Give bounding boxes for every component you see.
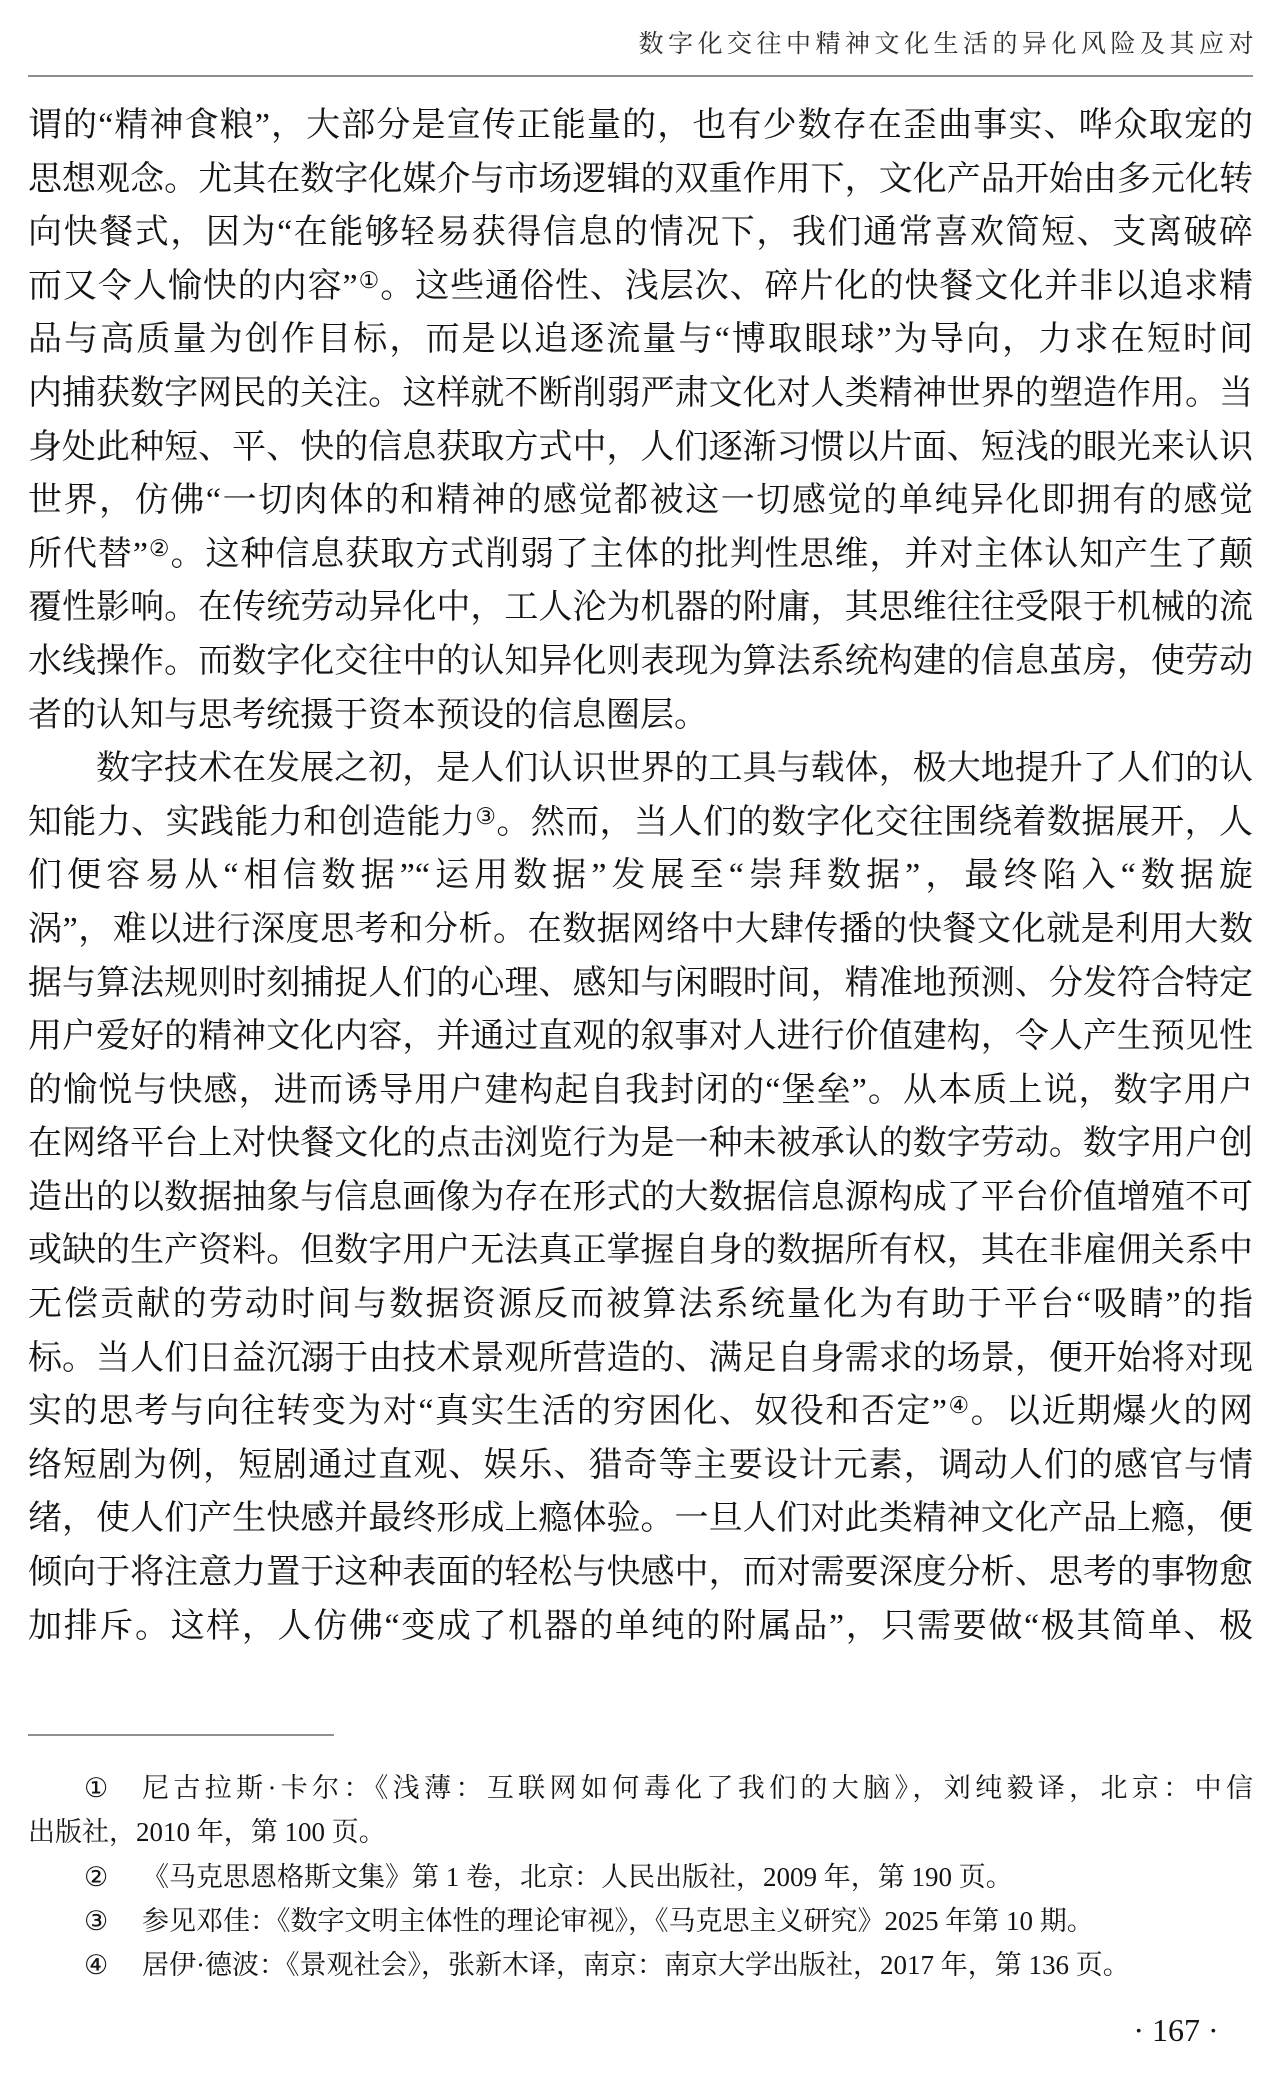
running-head-title: 数字化交往中精神文化生活的异化风险及其应对 xyxy=(638,28,1258,62)
footnote-text: 出版社，2010 年，第 100 页。 xyxy=(28,1810,1253,1854)
footnote-4: ④ 居伊·德波：《景观社会》，张新木译，南京：南京大学出版社，2017 年，第 … xyxy=(28,1943,1253,1987)
text-line: 无偿贡献的劳动时间与数据资源反而被算法系统量化为有助于平台“吸睛”的指 xyxy=(28,1278,1253,1332)
footnotes: ① 尼古拉斯·卡尔：《浅薄：互联网如何毒化了我们的大脑》，刘纯毅译，北京：中信 … xyxy=(28,1766,1253,1987)
footnote-text: 参见邓佳：《数字文明主体性的理论审视》，《马克思主义研究》2025 年第 10 … xyxy=(142,1899,1253,1943)
text-segment: 所代替” xyxy=(28,536,148,573)
text-line: 者的认知与思考统摄于资本预设的信息圈层。 xyxy=(28,689,1253,743)
text-line: 们便容易从“相信数据”“运用数据”发展至“崇拜数据”，最终陷入“数据旋 xyxy=(28,849,1253,903)
text-segment: 。这些通俗性、浅层次、碎片化的快餐文化并非以追求精 xyxy=(380,268,1253,305)
footnote-marker: ③ xyxy=(84,1899,108,1943)
footnote-text: 居伊·德波：《景观社会》，张新木译，南京：南京大学出版社，2017 年，第 13… xyxy=(142,1943,1253,1987)
text-segment: 。以近期爆火的网 xyxy=(971,1393,1253,1430)
footnote-text: 《马克思恩格斯文集》第 1 卷，北京：人民出版社，2009 年，第 190 页。 xyxy=(142,1855,1253,1899)
text-line: 倾向于将注意力置于这种表面的轻松与快感中，而对需要深度分析、思考的事物愈 xyxy=(28,1546,1253,1600)
footnote-1-continuation: 出版社，2010 年，第 100 页。 xyxy=(28,1810,1253,1854)
footnote-ref-1[interactable]: ① xyxy=(358,268,381,293)
footnote-text: 尼古拉斯·卡尔：《浅薄：互联网如何毒化了我们的大脑》，刘纯毅译，北京：中信 xyxy=(142,1766,1253,1810)
text-line: 向快餐式，因为“在能够轻易获得信息的情况下，我们通常喜欢简短、支离破碎 xyxy=(28,206,1253,260)
text-line: 络短剧为例，短剧通过直观、娱乐、猎奇等主要设计元素，调动人们的感官与情 xyxy=(28,1439,1253,1493)
text-segment: 。这种信息获取方式削弱了主体的批判性思维，并对主体认知产生了颠 xyxy=(170,536,1253,573)
text-segment: 。然而，当人们的数字化交往围绕着数据展开，人 xyxy=(496,804,1253,841)
text-line: 水线操作。而数字化交往中的认知异化则表现为算法系统构建的信息茧房，使劳动 xyxy=(28,635,1253,689)
text-line: 造出的以数据抽象与信息画像为存在形式的大数据信息源构成了平台价值增殖不可 xyxy=(28,1171,1253,1225)
text-line: 实的思考与向往转变为对“真实生活的穷困化、奴役和否定”④。以近期爆火的网 xyxy=(28,1385,1253,1439)
text-line: 据与算法规则时刻捕捉人们的心理、感知与闲暇时间，精准地预测、分发符合特定 xyxy=(28,957,1253,1011)
text-segment: 而又令人愉快的内容” xyxy=(28,268,358,305)
text-line: 身处此种短、平、快的信息获取方式中，人们逐渐习惯以片面、短浅的眼光来认识 xyxy=(28,421,1253,475)
body-text: 谓的“精神食粮”，大部分是宣传正能量的，也有少数存在歪曲事实、哗众取宠的 思想观… xyxy=(28,99,1253,1653)
text-line: 涡”，难以进行深度思考和分析。在数据网络中大肆传播的快餐文化就是利用大数 xyxy=(28,903,1253,957)
text-line: 绪，使人们产生快感并最终形成上瘾体验。一旦人们对此类精神文化产品上瘾，便 xyxy=(28,1492,1253,1546)
text-segment: 知能力、实践能力和创造能力 xyxy=(28,804,475,841)
text-line: 谓的“精神食粮”，大部分是宣传正能量的，也有少数存在歪曲事实、哗众取宠的 xyxy=(28,99,1253,153)
text-line: 内捕获数字网民的关注。这样就不断削弱严肃文化对人类精神世界的塑造作用。当 xyxy=(28,367,1253,421)
text-line: 品与高质量为创作目标，而是以追逐流量与“博取眼球”为导向，力求在短时间 xyxy=(28,313,1253,367)
text-line: 加排斥。这样，人仿佛“变成了机器的单纯的附属品”，只需要做“极其简单、极 xyxy=(28,1600,1253,1654)
footnote-marker: ② xyxy=(84,1855,108,1899)
paragraph-2: 数字技术在发展之初，是人们认识世界的工具与载体，极大地提升了人们的认 知能力、实… xyxy=(28,742,1253,1653)
text-line: 世界，仿佛“一切肉体的和精神的感觉都被这一切感觉的单纯异化即拥有的感觉 xyxy=(28,474,1253,528)
page-number: · 167 · xyxy=(1110,2010,1242,2050)
paragraph-1: 谓的“精神食粮”，大部分是宣传正能量的，也有少数存在歪曲事实、哗众取宠的 思想观… xyxy=(28,99,1253,742)
text-line: 数字技术在发展之初，是人们认识世界的工具与载体，极大地提升了人们的认 xyxy=(28,742,1253,796)
text-line: 而又令人愉快的内容”①。这些通俗性、浅层次、碎片化的快餐文化并非以追求精 xyxy=(28,260,1253,314)
footnote-marker: ① xyxy=(84,1766,108,1810)
footnote-ref-3[interactable]: ③ xyxy=(475,804,496,829)
footnote-2: ② 《马克思恩格斯文集》第 1 卷，北京：人民出版社，2009 年，第 190 … xyxy=(28,1855,1253,1899)
footnote-separator-rule xyxy=(28,1734,334,1736)
text-line: 标。当人们日益沉溺于由技术景观所营造的、满足自身需求的场景，便开始将对现 xyxy=(28,1332,1253,1386)
footnote-1: ① 尼古拉斯·卡尔：《浅薄：互联网如何毒化了我们的大脑》，刘纯毅译，北京：中信 xyxy=(28,1766,1253,1810)
text-line: 的愉悦与快感，进而诱导用户建构起自我封闭的“堡垒”。从本质上说，数字用户 xyxy=(28,1064,1253,1118)
footnote-ref-4[interactable]: ④ xyxy=(947,1393,971,1418)
text-line: 用户爱好的精神文化内容，并通过直观的叙事对人进行价值建构，令人产生预见性 xyxy=(28,1010,1253,1064)
text-line: 在网络平台上对快餐文化的点击浏览行为是一种未被承认的数字劳动。数字用户创 xyxy=(28,1117,1253,1171)
footnote-marker: ④ xyxy=(84,1943,108,1987)
text-line: 所代替”②。这种信息获取方式削弱了主体的批判性思维，并对主体认知产生了颠 xyxy=(28,528,1253,582)
text-line: 思想观念。尤其在数字化媒介与市场逻辑的双重作用下，文化产品开始由多元化转 xyxy=(28,153,1253,207)
text-line: 或缺的生产资料。但数字用户无法真正掌握自身的数据所有权，其在非雇佣关系中 xyxy=(28,1224,1253,1278)
text-line: 覆性影响。在传统劳动异化中，工人沦为机器的附庸，其思维往往受限于机械的流 xyxy=(28,581,1253,635)
text-segment: 实的思考与向往转变为对“真实生活的穷困化、奴役和否定” xyxy=(28,1393,947,1430)
text-line: 知能力、实践能力和创造能力③。然而，当人们的数字化交往围绕着数据展开，人 xyxy=(28,796,1253,850)
footnote-3: ③ 参见邓佳：《数字文明主体性的理论审视》，《马克思主义研究》2025 年第 1… xyxy=(28,1899,1253,1943)
header-rule xyxy=(28,75,1253,77)
footnote-ref-2[interactable]: ② xyxy=(148,536,171,561)
